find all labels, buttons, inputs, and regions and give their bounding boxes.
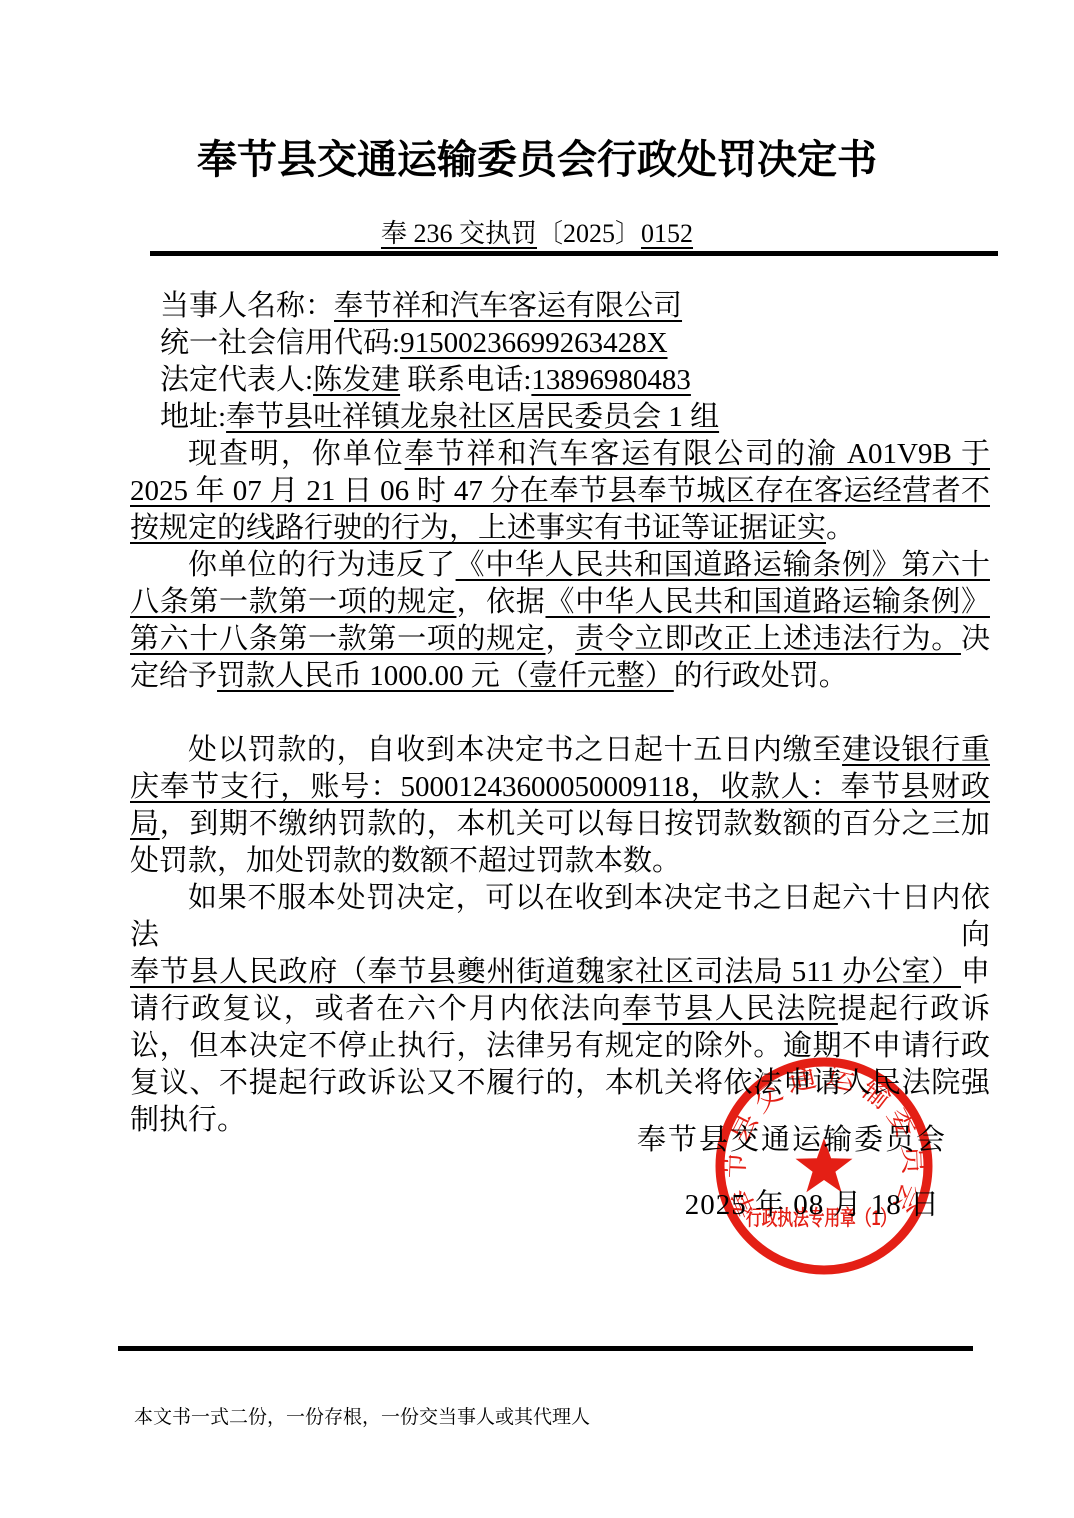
underlined-text-segment: 奉节祥和汽车客运有限公司 [334,290,682,322]
underlined-text-segment: 0152 [641,219,693,248]
official-seal: 奉节县交通运输委员会 行政执法专用章（1） [709,1051,939,1281]
text-segment: 联系电话: [400,364,531,396]
underlined-text-segment: 责令立即改正上述违法行为。 [575,623,961,655]
document-body: 当事人名称：奉节祥和汽车客运有限公司统一社会信用代码:9150023669926… [130,288,990,1139]
paragraph: 当事人名称：奉节祥和汽车客运有限公司 [130,288,990,325]
underlined-text-segment: 13896980483 [531,364,691,396]
paragraph: 处以罚款的，自收到本决定书之日起十五日内缴至建设银行重庆奉节支行，账号：5000… [130,732,990,880]
text-segment: 现查明，你单位 [188,438,405,470]
text-segment: 统一社会信用代码: [160,327,400,359]
decision-paragraphs: 现查明，你单位奉节祥和汽车客运有限公司的渝 A01V9B 于 2025 年 07… [130,436,990,1139]
text-segment: 你单位的行为违反了 [188,549,456,581]
text-segment: 处以罚款的，自收到本决定书之日起十五日内缴至 [188,734,842,766]
underlined-text-segment: 奉节县人民法院 [622,993,837,1025]
footer-note: 本文书一式二份，一份存根，一份交当事人或其代理人 [134,1405,590,1431]
text-segment: 。 [826,512,855,544]
text-segment: ，到期不缴纳罚款的，本机关可以每日按罚款数额的百分之三加处罚款，加处罚款的数额不… [130,808,990,877]
seal-star-icon [796,1138,853,1192]
text-segment: ， [545,623,575,655]
underlined-text-segment: 陈发建 [313,364,400,396]
party-info-block: 当事人名称：奉节祥和汽车客运有限公司统一社会信用代码:9150023669926… [130,288,990,436]
header-divider [150,251,998,256]
paragraph: 法定代表人:陈发建 联系电话:13896980483 [130,362,990,399]
text-segment: 地址: [160,401,226,433]
underlined-text-segment: 91500236699263428X [400,327,667,359]
footer-divider [118,1346,973,1351]
text-segment: 如果不服本处罚决定，可以在收到本决定书之日起六十日内依法向 [130,882,990,951]
text-segment: ，依据 [456,586,545,618]
text-segment: 当事人名称： [160,290,334,322]
seal-bottom-text: 行政执法专用章（1） [746,1206,896,1230]
text-segment: 〔2025〕 [537,219,641,248]
underlined-text-segment: 奉节县人民政府（奉节县夔州街道魏家社区司法局 511 办公室） [130,956,961,988]
document-title: 奉节县交通运输委员会行政处罚决定书 [0,134,1074,186]
paragraph: 现查明，你单位奉节祥和汽车客运有限公司的渝 A01V9B 于 2025 年 07… [130,436,990,547]
text-segment: 的行政处罚。 [674,660,848,692]
paragraph: 统一社会信用代码:91500236699263428X [130,325,990,362]
underlined-text-segment: 奉节县吐祥镇龙泉社区居民委员会 1 组 [226,401,719,433]
paragraph: 你单位的行为违反了《中华人民共和国道路运输条例》第六十八条第一款第一项的规定，依… [130,547,990,695]
document-number: 奉 236 交执罚〔2025〕0152 [0,217,1074,251]
text-segment: 法定代表人: [160,364,313,396]
underlined-text-segment: 奉 236 交执罚 [381,219,537,248]
paragraph: 地址:奉节县吐祥镇龙泉社区居民委员会 1 组 [130,399,990,436]
underlined-text-segment: 罚款人民币 1000.00 元（壹仟元整） [217,660,674,692]
